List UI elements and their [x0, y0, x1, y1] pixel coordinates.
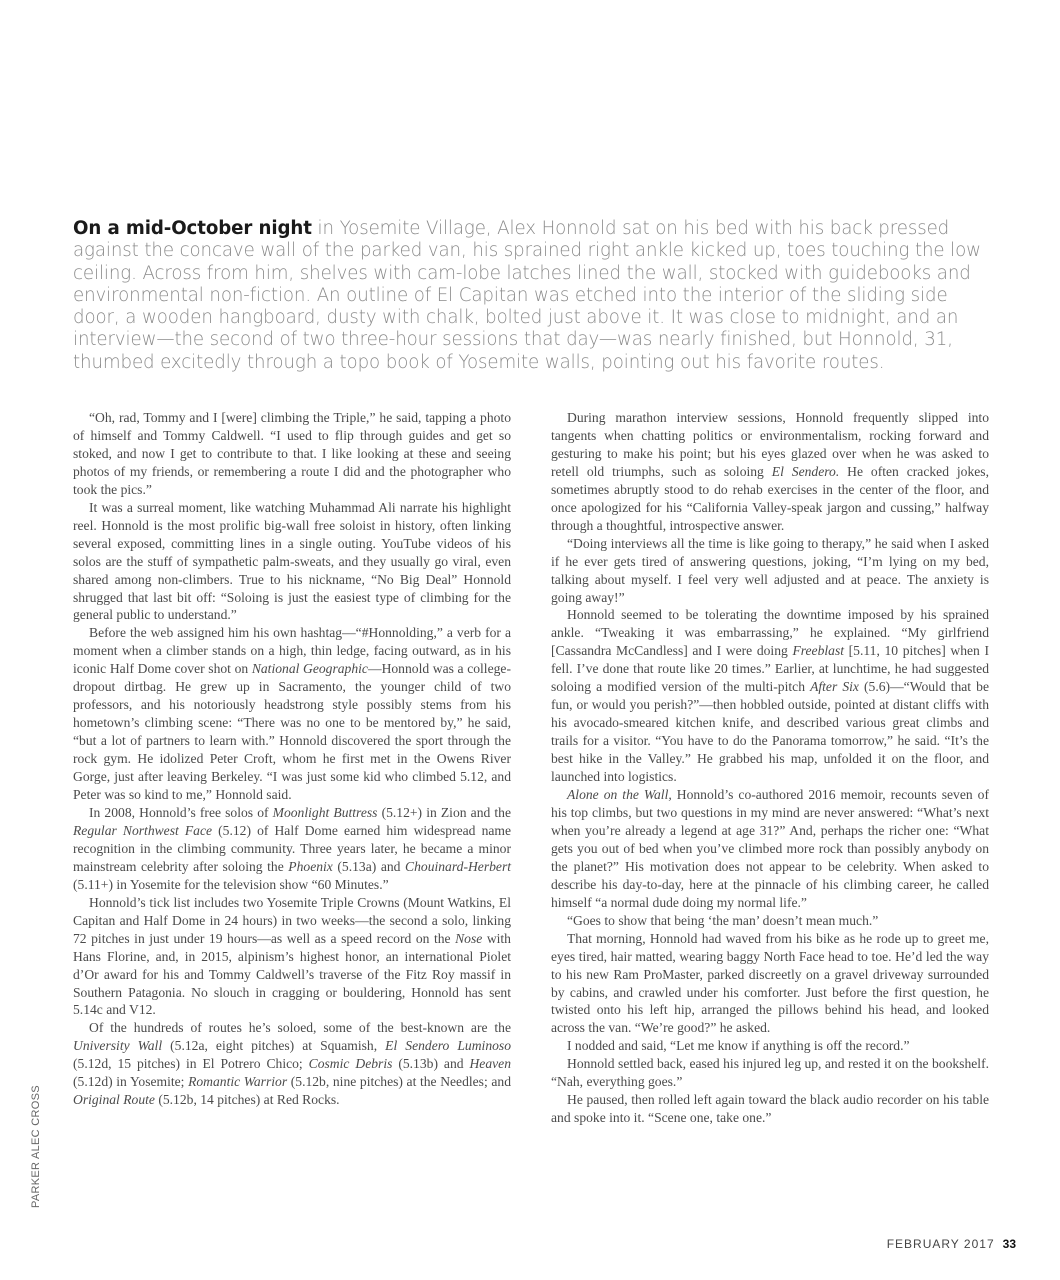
folio: FEBRUARY 201733 [887, 1237, 1016, 1251]
route-name: Freeblast [792, 643, 844, 658]
body-paragraph: During marathon interview sessions, Honn… [551, 409, 989, 535]
body-paragraph: I nodded and said, “Let me know if anyth… [551, 1037, 989, 1055]
body-paragraph: Honnold seemed to be tolerating the down… [551, 606, 989, 786]
issue-date: FEBRUARY 2017 [887, 1237, 995, 1251]
route-name: Chouinard-Herbert [405, 859, 511, 874]
body-paragraph: He paused, then rolled left again toward… [551, 1091, 989, 1127]
route-name: Romantic Warrior [188, 1074, 287, 1089]
body-paragraph: “Doing interviews all the time is like g… [551, 535, 989, 607]
route-name: Regular Northwest Face [73, 823, 212, 838]
route-name: Moonlight Buttress [273, 805, 378, 820]
route-name: University Wall [73, 1038, 162, 1053]
body-paragraph: In 2008, Honnold’s free solos of Moonlig… [73, 804, 511, 894]
body-paragraph: Of the hundreds of routes he’s soloed, s… [73, 1019, 511, 1109]
photo-credit: PARKER ALEC CROSS [30, 1085, 42, 1208]
publication-title: National Geographic [252, 661, 368, 676]
route-name: El Sendero Luminoso [385, 1038, 511, 1053]
lead-kicker: On a mid-October night [73, 218, 312, 239]
body-paragraph: Alone on the Wall, Honnold’s co-authored… [551, 786, 989, 912]
body-paragraph: Honnold’s tick list includes two Yosemit… [73, 894, 511, 1020]
body-paragraph: “Oh, rad, Tommy and I [were] climbing th… [73, 409, 511, 499]
book-title: Alone on the Wall, [567, 787, 672, 802]
article-column-left: “Oh, rad, Tommy and I [were] climbing th… [73, 409, 511, 1109]
route-name: Original Route [73, 1092, 155, 1107]
body-paragraph: It was a surreal moment, like watching M… [73, 499, 511, 625]
route-name: Nose [455, 931, 482, 946]
route-name: Phoenix [288, 859, 333, 874]
article-column-right: During marathon interview sessions, Honn… [551, 409, 989, 1127]
body-paragraph: Honnold settled back, eased his injured … [551, 1055, 989, 1091]
lead-paragraph: On a mid-October night in Yosemite Villa… [73, 218, 993, 374]
body-paragraph: That morning, Honnold had waved from his… [551, 930, 989, 1038]
route-name: After Six [810, 679, 859, 694]
lead-text: in Yosemite Village, Alex Honnold sat on… [73, 218, 981, 373]
route-name: Cosmic Debris [309, 1056, 393, 1071]
route-name: Heaven [469, 1056, 511, 1071]
body-paragraph: “Goes to show that being ‘the man’ doesn… [551, 912, 989, 930]
route-name: El Sendero. [772, 464, 839, 479]
page-number: 33 [1003, 1237, 1016, 1251]
body-paragraph: Before the web assigned him his own hash… [73, 624, 511, 804]
